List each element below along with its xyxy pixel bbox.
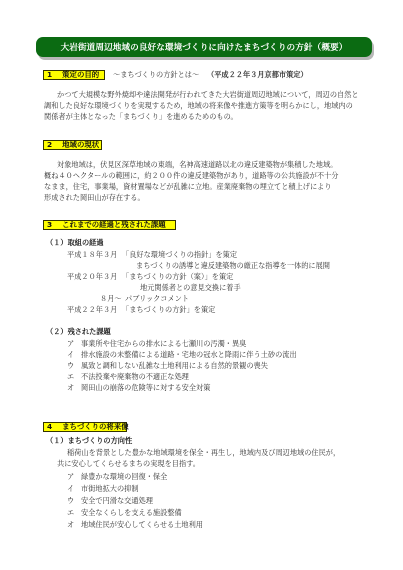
paragraph-line: 調和した良好な環境づくりを実現するため，地域の将来像や推進方策等を明らかにし，地… — [44, 101, 353, 110]
subsection-heading: （１）まちづくりの方向性 — [46, 436, 132, 445]
section-number: 1 — [47, 71, 52, 79]
paragraph-line: 形成された岡田山が存在する。 — [44, 193, 145, 202]
timeline-text: 地元関係者との意見交換に着手 — [140, 283, 241, 292]
section-label: これまでの経過と残された課題 — [62, 221, 165, 229]
timeline-text: 「まちづくりの方針」を策定 — [122, 305, 215, 314]
paragraph-line: 対象地域は，伏見区深草地域の東端，名神高速道路以北の違反建築物が集積した地域。 — [57, 160, 337, 169]
section-number: 3 — [47, 221, 52, 229]
timeline-date: 平成２２年３月 — [67, 305, 117, 314]
list-marker: オ — [67, 383, 74, 392]
list-item: 安全なくらしを支える施設整備 — [81, 508, 182, 517]
subsection-heading: （１）取組の経過 — [46, 238, 104, 247]
section-label: 策定の目的 — [62, 71, 99, 79]
subsection-heading: （２）残された課題 — [46, 327, 111, 336]
timeline-text: まちづくりの誘導と違反建築物の厳正な指導を一体的に展開 — [136, 261, 330, 270]
section-2-heading: 2 地域の現状 — [43, 140, 102, 150]
list-marker: オ — [67, 520, 74, 529]
paragraph-line: 関係者が主体となった「まちづくり」を進めるためのもの。 — [44, 112, 238, 121]
timeline-date: 平成２０年３月 — [67, 272, 117, 281]
section-1-heading: 1 策定の目的 — [43, 70, 105, 80]
list-item: 岡田山の崩落の危険等に対する安全対策 — [81, 383, 210, 392]
paragraph-line: 共に安心してくらせるまちの実現を目指す。 — [57, 459, 200, 468]
section-4-heading: 4 まちづくりの将来像 — [43, 422, 127, 432]
section-label: まちづくりの将来像 — [62, 423, 128, 431]
list-marker: ア — [67, 339, 74, 348]
page-title: 大岩街道周辺地域の良好な環境づくりに向けたまちづくりの方針（概要） — [61, 41, 348, 53]
paragraph-line: 概ね４０ヘクタールの範囲に，約２００件の違反建築物があり，道路等の公共施設が不十… — [44, 171, 338, 180]
document-page: 大岩街道周辺地域の良好な環境づくりに向けたまちづくりの方針（概要） 1 策定の目… — [0, 0, 403, 570]
section-number: 2 — [47, 141, 52, 149]
list-item: 排水施設の未整備による道路・宅地の冠水と降雨に伴う土砂の流出 — [81, 350, 297, 359]
list-marker: ア — [67, 472, 74, 481]
list-item: 緑豊かな環境の回復・保全 — [81, 472, 167, 481]
paragraph-line: 稲荷山を背景とした豊かな地域環境を保全・再生し，地域内及び周辺地域の住民が， — [67, 448, 340, 457]
paragraph-line: なまま，住宅，事業場，資材置場などが乱雑に立地。産業廃棄物の埋立てと積上げにより — [44, 182, 332, 191]
section-1-note: （平成２２年３月京都市策定） — [207, 70, 308, 79]
timeline-date: 平成１８年３月 — [67, 250, 117, 259]
list-item: 事業所や住宅からの排水による七瀬川の汚濁・異臭 — [81, 339, 246, 348]
section-number: 4 — [47, 423, 52, 431]
timeline-date: ８月～ — [100, 294, 122, 303]
list-item: 市街地拡大の抑制 — [81, 484, 139, 493]
timeline-text: 「まちづくりの方針（案）」を策定 — [122, 272, 233, 281]
section-label: 地域の現状 — [62, 141, 99, 149]
list-item: 風致と調和しない乱雑な土地利用による自然的景観の喪失 — [81, 361, 268, 370]
list-item: 安全で円滑な交通処理 — [81, 496, 153, 505]
list-item: 地域住民が安心してくらせる土地利用 — [81, 520, 203, 529]
title-banner: 大岩街道周辺地域の良好な環境づくりに向けたまちづくりの方針（概要） — [36, 37, 372, 57]
list-marker: ウ — [67, 496, 74, 505]
list-marker: ウ — [67, 361, 74, 370]
list-marker: イ — [67, 350, 74, 359]
timeline-text: パブリックコメント — [125, 294, 189, 303]
paragraph-line: かつて大規模な野外焼却や違法開発が行われてきた大岩街道周辺地域について，周辺の自… — [57, 90, 359, 99]
section-1-subtitle: ～まちづくりの方針とは～ — [113, 70, 199, 79]
list-marker: エ — [67, 508, 74, 517]
list-marker: イ — [67, 484, 74, 493]
timeline-text: 「良好な環境づくりの指針」を策定 — [122, 250, 237, 259]
list-item: 不法投棄や廃棄物の不適正な処理 — [81, 372, 189, 381]
section-3-heading: 3 これまでの経過と残された課題 — [43, 220, 176, 230]
list-marker: エ — [67, 372, 74, 381]
